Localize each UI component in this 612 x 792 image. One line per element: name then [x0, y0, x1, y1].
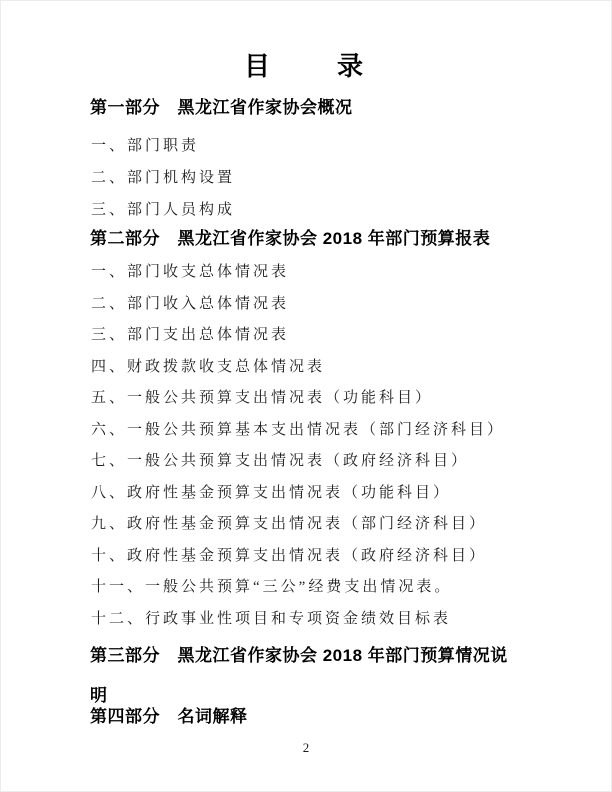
toc-part2-item-9: 九、政府性基金预算支出情况表（部门经济科目）: [91, 514, 487, 534]
toc-part2-item-4: 四、财政拨款收支总体情况表: [91, 357, 325, 377]
toc-part2-item-5: 五、一般公共预算支出情况表（功能科目）: [91, 388, 433, 408]
toc-part2-item-8: 八、政府性基金预算支出情况表（功能科目）: [91, 483, 451, 503]
toc-title: 目 录: [0, 46, 612, 83]
toc-part3-heading: 第三部分 黑龙江省作家协会 2018 年部门预算情况说明: [90, 636, 522, 716]
document-page: 目 录 第一部分 黑龙江省作家协会概况 一、部门职责 二、部门机构设置 三、部门…: [0, 0, 612, 792]
toc-part1-heading: 第一部分 黑龙江省作家协会概况: [90, 97, 353, 119]
toc-part4-heading: 第四部分 名词解释: [90, 706, 248, 728]
toc-part1-item-1: 一、部门职责: [91, 136, 199, 156]
toc-part2-heading: 第二部分 黑龙江省作家协会 2018 年部门预算报表: [90, 228, 490, 250]
toc-part2-item-1: 一、部门收支总体情况表: [91, 262, 289, 282]
toc-part2-item-11: 十一、一般公共预算“三公”经费支出情况表。: [91, 577, 452, 597]
toc-part1-item-2: 二、部门机构设置: [91, 168, 235, 188]
toc-part1-item-3: 三、部门人员构成: [91, 200, 235, 220]
toc-part2-item-2: 二、部门收入总体情况表: [91, 294, 289, 314]
toc-part2-item-10: 十、政府性基金预算支出情况表（政府经济科目）: [91, 546, 487, 566]
toc-part2-item-12: 十二、行政事业性项目和专项资金绩效目标表: [91, 609, 451, 629]
toc-part2-item-6: 六、一般公共预算基本支出情况表（部门经济科目）: [91, 420, 505, 440]
toc-part2-item-3: 三、部门支出总体情况表: [91, 325, 289, 345]
toc-part2-item-7: 七、一般公共预算支出情况表（政府经济科目）: [91, 451, 469, 471]
page-number: 2: [0, 740, 612, 756]
